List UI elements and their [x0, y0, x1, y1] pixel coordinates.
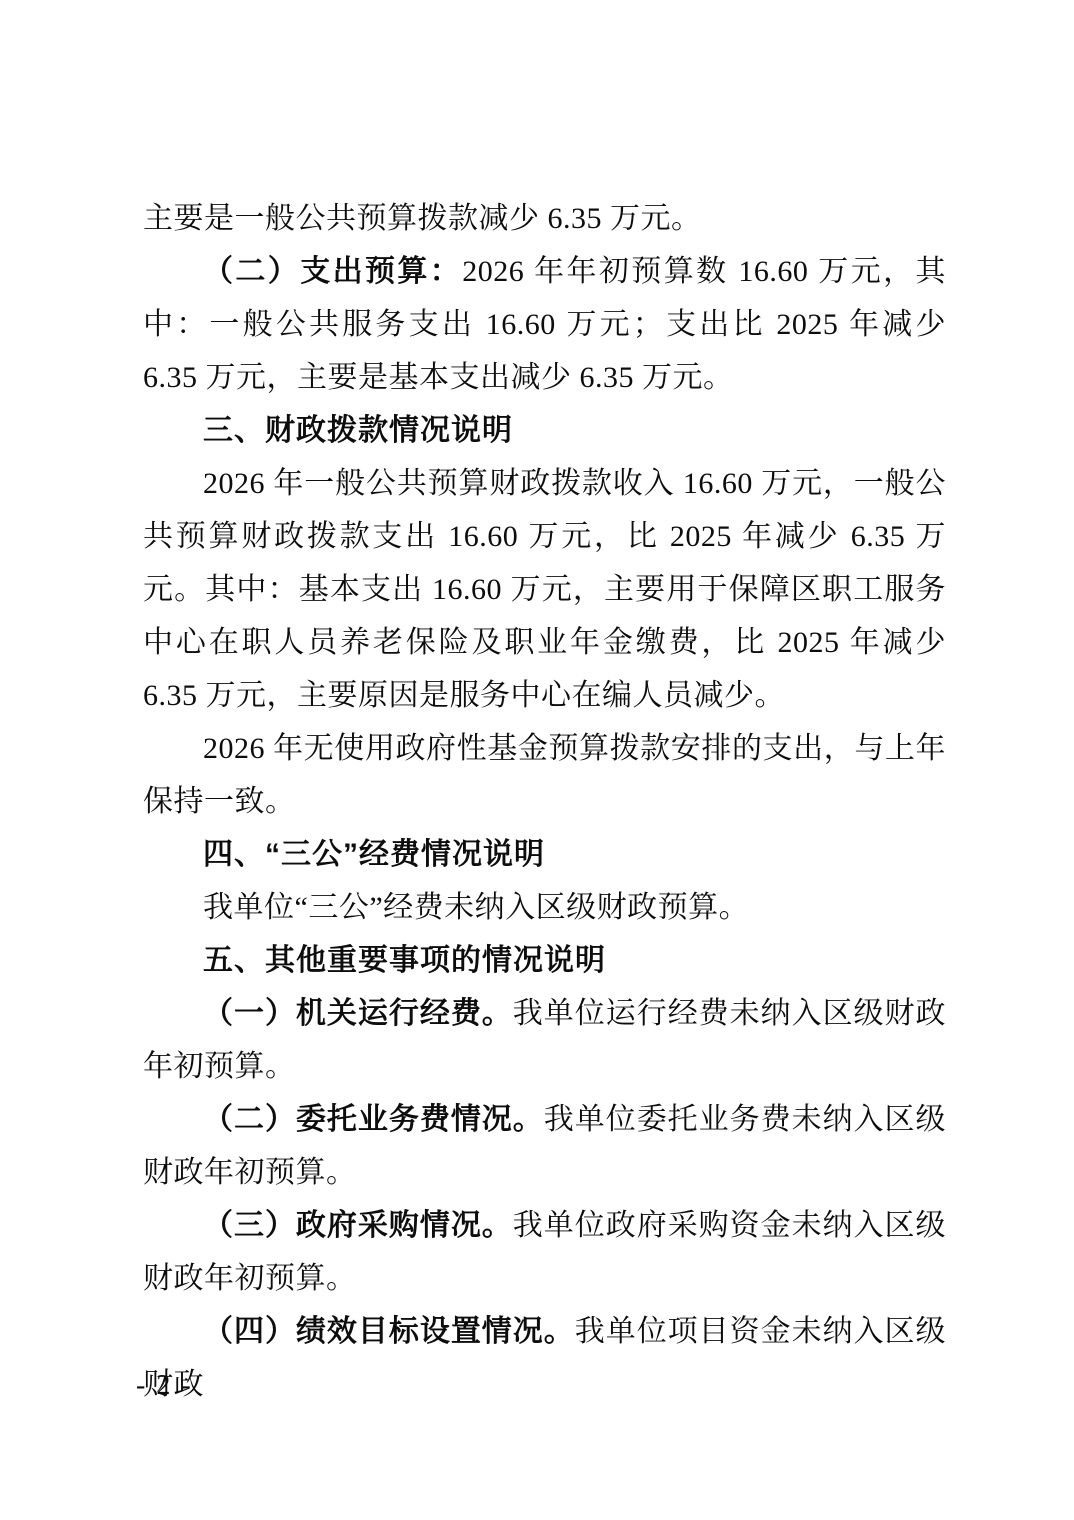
paragraph-text: 2026 年一般公共预算财政拨款收入 16.60 万元，一般公共预算财政拨款支出… [143, 467, 946, 712]
paragraph: （二）委托业务费情况。我单位委托业务费未纳入区级财政年初预算。 [143, 1093, 946, 1199]
paragraph: 主要是一般公共预算拨款减少 6.35 万元。 [143, 192, 946, 245]
paragraph: （三）政府采购情况。我单位政府采购资金未纳入区级财政年初预算。 [143, 1199, 946, 1305]
paragraph-label: （二）支出预算： [203, 255, 462, 288]
paragraph-text: 2026 年无使用政府性基金预算拨款安排的支出，与上年保持一致。 [143, 732, 946, 818]
section-heading: 四、“三公”经费情况说明 [143, 828, 946, 881]
paragraph: 2026 年无使用政府性基金预算拨款安排的支出，与上年保持一致。 [143, 722, 946, 828]
heading-text: 五、其他重要事项的情况说明 [203, 944, 606, 977]
paragraph-text: 我单位“三公”经费未纳入区级财政预算。 [203, 891, 749, 924]
heading-text: 四、“三公”经费情况说明 [203, 838, 545, 871]
section-heading: 三、财政拨款情况说明 [143, 404, 946, 457]
page-number: - 2 - [136, 1370, 193, 1402]
heading-text: 三、财政拨款情况说明 [203, 414, 513, 447]
paragraph-label: （二）委托业务费情况。 [203, 1103, 544, 1136]
document-content: 主要是一般公共预算拨款减少 6.35 万元。（二）支出预算：2026 年年初预算… [143, 192, 946, 1411]
paragraph-label: （一）机关运行经费。 [203, 997, 513, 1030]
section-heading: 五、其他重要事项的情况说明 [143, 934, 946, 987]
document-page: 主要是一般公共预算拨款减少 6.35 万元。（二）支出预算：2026 年年初预算… [0, 0, 1074, 1520]
paragraph-label: （四）绩效目标设置情况。 [203, 1315, 575, 1348]
paragraph: （一）机关运行经费。我单位运行经费未纳入区级财政年初预算。 [143, 987, 946, 1093]
paragraph: （四）绩效目标设置情况。我单位项目资金未纳入区级财政 [143, 1305, 946, 1411]
paragraph: （二）支出预算：2026 年年初预算数 16.60 万元，其中：一般公共服务支出… [143, 245, 946, 404]
paragraph-label: （三）政府采购情况。 [203, 1209, 513, 1242]
paragraph: 2026 年一般公共预算财政拨款收入 16.60 万元，一般公共预算财政拨款支出… [143, 457, 946, 722]
paragraph-text: 主要是一般公共预算拨款减少 6.35 万元。 [143, 202, 702, 235]
paragraph: 我单位“三公”经费未纳入区级财政预算。 [143, 881, 946, 934]
